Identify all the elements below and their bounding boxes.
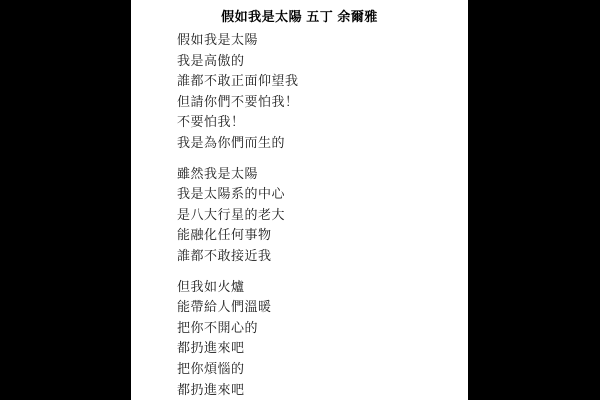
poem-line: 但我如火爐 [177, 277, 458, 298]
page-title: 假如我是太陽 五丁 余爾雅 [131, 0, 468, 24]
poem-line: 能帶給人們溫暖 [177, 297, 458, 318]
poem-line: 都扔進來吧 [177, 338, 458, 359]
poem-line: 都扔進來吧 [177, 380, 458, 400]
poem-line: 把你不開心的 [177, 318, 458, 339]
poem-line: 把你煩惱的 [177, 359, 458, 380]
poem-body: 假如我是太陽 我是高傲的 誰都不敢正面仰望我 但請你們不要怕我！ 不要怕我！ 我… [131, 24, 468, 400]
poem-line: 但請你們不要怕我！ [177, 92, 458, 113]
letterbox-right [468, 0, 600, 400]
poem-stanza-3: 但我如火爐 能帶給人們溫暖 把你不開心的 都扔進來吧 把你煩惱的 都扔進來吧 [177, 277, 458, 400]
poem-stanza-2: 雖然我是太陽 我是太陽系的中心 是八大行星的老大 能融化任何事物 誰都不敢接近我 [177, 164, 458, 267]
screenshot-root: { "page": { "title": "假如我是太陽 五丁 余爾雅", "b… [0, 0, 600, 400]
document-page: 假如我是太陽 五丁 余爾雅 假如我是太陽 我是高傲的 誰都不敢正面仰望我 但請你… [131, 0, 468, 400]
poem-stanza-1: 假如我是太陽 我是高傲的 誰都不敢正面仰望我 但請你們不要怕我！ 不要怕我！ 我… [177, 30, 458, 154]
letterbox-left [0, 0, 131, 400]
poem-line: 是八大行星的老大 [177, 205, 458, 226]
poem-line: 能融化任何事物 [177, 225, 458, 246]
poem-line: 我是為你們而生的 [177, 133, 458, 154]
poem-line: 假如我是太陽 [177, 30, 458, 51]
poem-line: 誰都不敢接近我 [177, 246, 458, 267]
poem-line: 不要怕我！ [177, 112, 458, 133]
poem-line: 誰都不敢正面仰望我 [177, 71, 458, 92]
poem-line: 我是高傲的 [177, 51, 458, 72]
poem-line: 雖然我是太陽 [177, 164, 458, 185]
poem-line: 我是太陽系的中心 [177, 184, 458, 205]
